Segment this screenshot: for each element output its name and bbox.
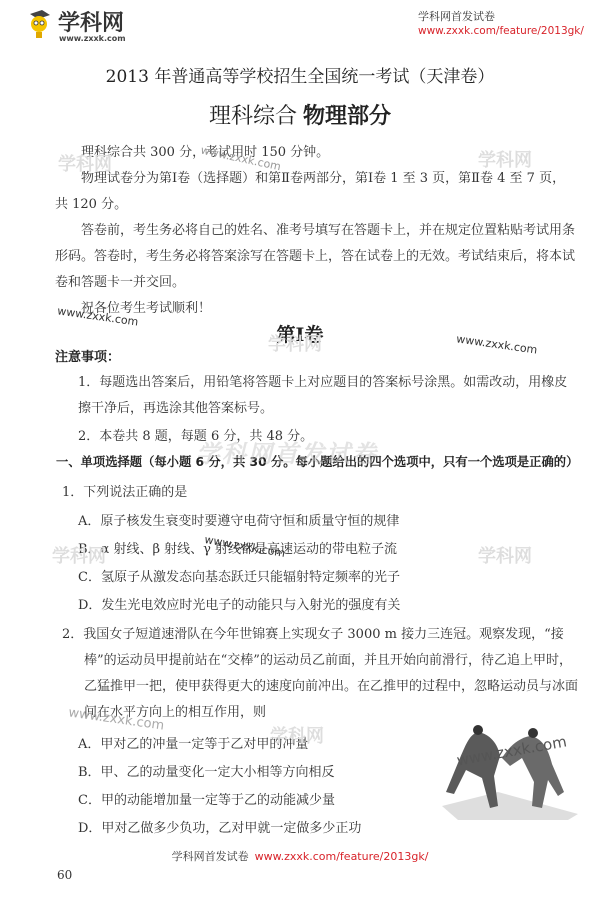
watermark-logo-6: 学科网 <box>270 722 324 748</box>
q1-option-d: D．发生光电效应时光电子的动能只与入射光的强度有关 <box>78 594 400 613</box>
footer-link[interactable]: www.zxxk.com/feature/2013gk/ <box>255 850 429 863</box>
question-1-stem: 1．下列说法正确的是 <box>62 481 187 500</box>
q2-option-b: B．甲、乙的动量变化一定大小相等方向相反 <box>78 761 335 780</box>
q2-stem-first: 2．我国女子短道速滑队在今年世锦赛上实现女子 3000 m 接力三连冠。观察发现… <box>62 627 564 642</box>
footer: 学科网首发试卷www.zxxk.com/feature/2013gk/ <box>0 848 600 864</box>
exam-subtitle: 理科综合物理部分 <box>0 99 600 130</box>
question-2-stem: 2．我国女子短道速滑队在今年世锦赛上实现女子 3000 m 接力三连冠。观察发现… <box>62 622 584 726</box>
notes-heading: 注意事项： <box>55 346 120 365</box>
q1-option-c: C．氢原子从激发态向基态跃迁只能辐射特定频率的光子 <box>78 566 400 585</box>
subtitle-normal: 理科综合 <box>209 104 297 129</box>
footer-label: 学科网首发试卷 <box>172 850 249 863</box>
note-item-1: 1．每题选出答案后，用铅笔将答题卡上对应题目的答案标号涂黑。如需改动，用橡皮擦干… <box>78 370 578 422</box>
watermark-logo-4: 学科网 <box>52 542 106 568</box>
watermark-logo-2: 学科网 <box>478 146 532 172</box>
note-text-1: 1．每题选出答案后，用铅笔将答题卡上对应题目的答案标号涂黑。如需改动，用橡皮擦干… <box>78 375 567 416</box>
exam-title: 2013 年普通高等学校招生全国统一考试（天津卷） <box>0 62 600 87</box>
mascot-icon <box>28 10 50 38</box>
site-logo[interactable]: 学科网 www.zxxk.com <box>28 4 138 44</box>
q2-option-c: C．甲的动能增加量一定等于乙的动能减少量 <box>78 789 335 808</box>
header-right: 学科网首发试卷 www.zxxk.com/feature/2013gk/ <box>418 8 584 37</box>
q2-stem-rest: 棒”的运动员甲提前站在“交棒”的运动员乙前面，并且开始向前滑行，待乙追上甲时，乙… <box>62 648 584 726</box>
header-right-link[interactable]: www.zxxk.com/feature/2013gk/ <box>418 25 584 37</box>
logo-text: 学科网 <box>58 6 124 37</box>
watermark-banner: 学科网首发试卷 <box>196 434 378 469</box>
intro-paragraph-3: 答卷前，考生务必将自己的姓名、准考号填写在答题卡上，并在规定位置粘贴考试用条形码… <box>55 218 575 296</box>
watermark-logo-5: 学科网 <box>478 542 532 568</box>
q2-option-d: D．甲对乙做多少负功，乙对甲就一定做多少正功 <box>78 817 361 836</box>
watermark-logo-1: 学科网 <box>58 150 112 176</box>
page-number: 60 <box>57 868 72 882</box>
watermark-logo-3: 学科网 <box>268 330 322 356</box>
subtitle-bold: 物理部分 <box>303 103 391 129</box>
logo-url: www.zxxk.com <box>59 34 126 43</box>
q1-option-a: A．原子核发生衰变时要遵守电荷守恒和质量守恒的规律 <box>78 510 399 529</box>
header-right-title: 学科网首发试卷 <box>418 8 584 24</box>
intro-paragraph-2: 物理试卷分为第Ⅰ卷（选择题）和第Ⅱ卷两部分，第Ⅰ卷 1 至 3 页，第Ⅱ卷 4 … <box>55 166 575 218</box>
